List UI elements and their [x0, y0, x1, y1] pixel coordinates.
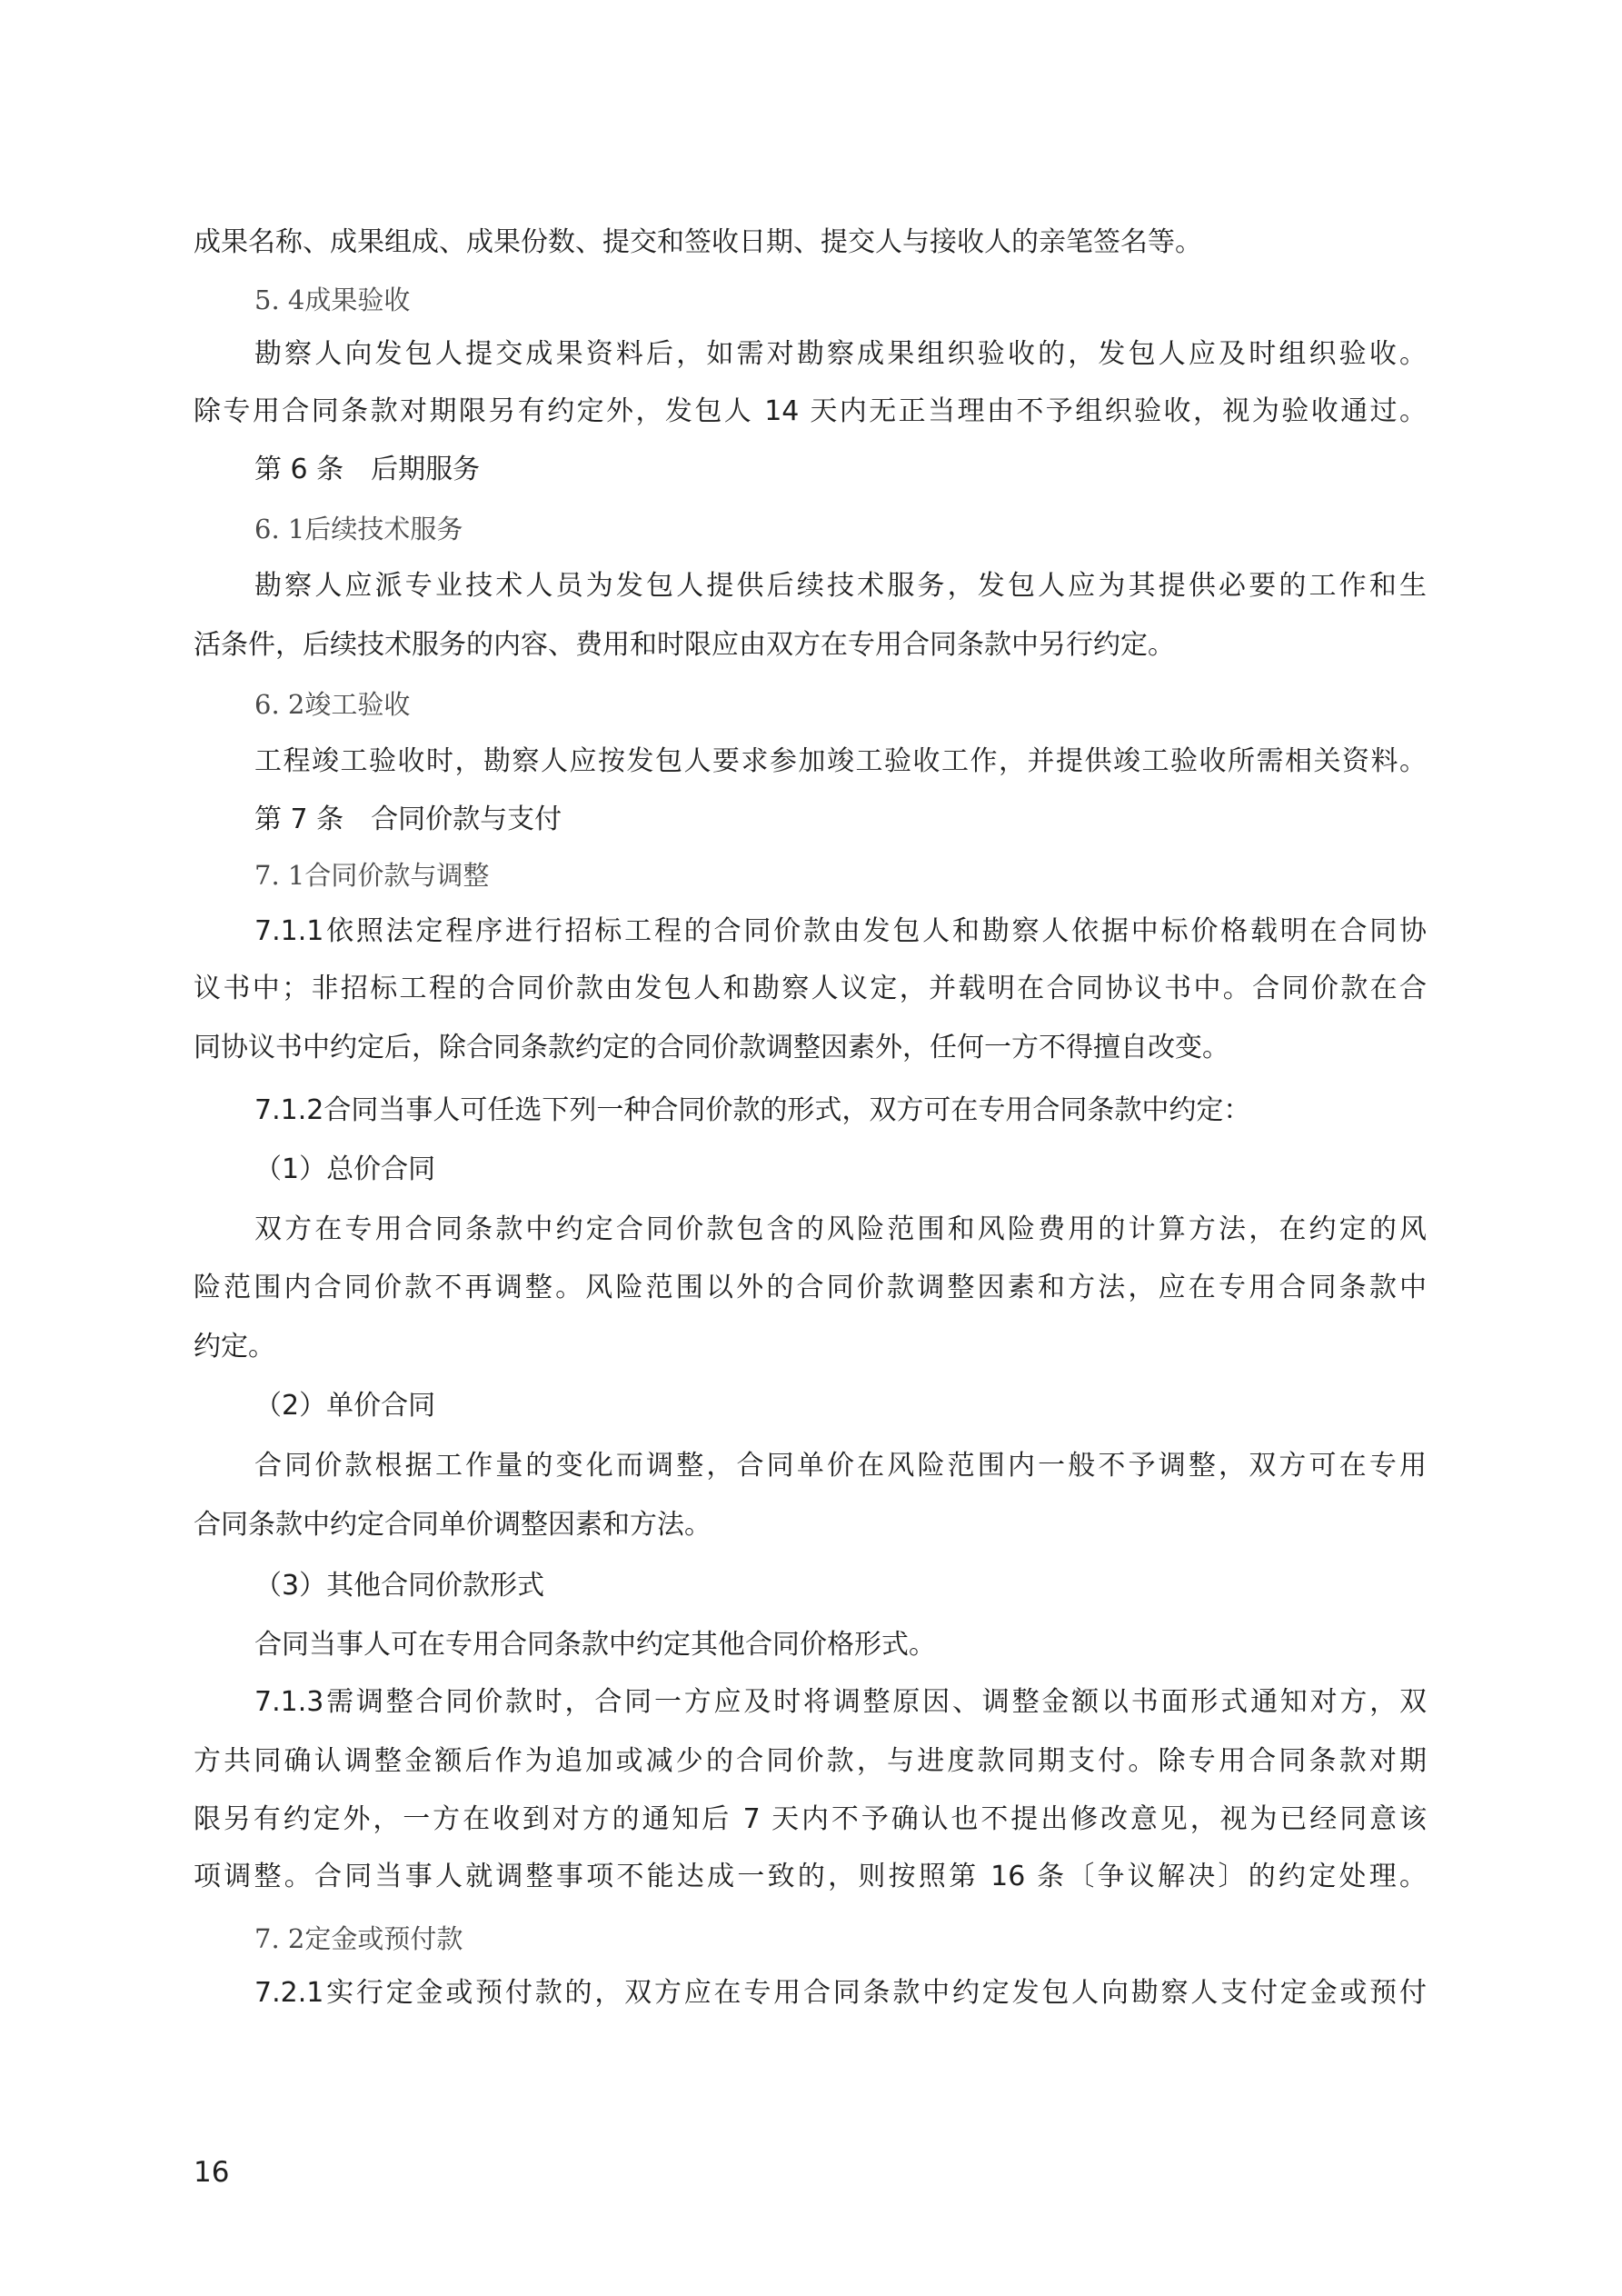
paragraph-line: 合同当事人可在专用合同条款中约定其他合同价格形式。	[254, 1625, 1427, 1665]
paragraph-line: 7.1.1依照法定程序进行招标工程的合同价款由发包人和勘察人依据中标价格载明在合…	[254, 912, 1427, 952]
paragraph-line: 活条件，后续技术服务的内容、费用和时限应由双方在专用合同条款中另行约定。	[194, 625, 1427, 665]
paragraph-line: （2）单价合同	[254, 1386, 1427, 1426]
section-heading: 6. 1后续技术服务	[254, 509, 1427, 549]
paragraph-line: 同协议书中约定后，除合同条款约定的合同价款调整因素外，任何一方不得擅自改变。	[194, 1028, 1427, 1068]
paragraph-line: 7.1.2合同当事人可任选下列一种合同价款的形式，双方可在专用合同条款中约定：	[254, 1091, 1427, 1131]
paragraph-line: 项调整。合同当事人就调整事项不能达成一致的，则按照第 16 条〔争议解决〕的约定…	[194, 1857, 1427, 1897]
paragraph-line: 勘察人向发包人提交成果资料后，如需对勘察成果组织验收的，发包人应及时组织验收。	[254, 334, 1427, 374]
article-heading: 第 7 条 合同价款与支付	[254, 800, 1427, 840]
paragraph-line: 方共同确认调整金额后作为追加或减少的合同价款，与进度款同期支付。除专用合同条款对…	[194, 1742, 1427, 1782]
paragraph-line: 合同条款中约定合同单价调整因素和方法。	[194, 1505, 1427, 1545]
section-heading: 5. 4成果验收	[254, 280, 1427, 320]
paragraph-line: 双方在专用合同条款中约定合同价款包含的风险范围和风险费用的计算方法，在约定的风	[254, 1210, 1427, 1250]
paragraph-line: 成果名称、成果组成、成果份数、提交和签收日期、提交人与接收人的亲笔签名等。	[194, 223, 1427, 263]
article-heading: 第 6 条 后期服务	[254, 450, 1427, 490]
page-number: 16	[194, 2154, 229, 2191]
paragraph-line: 议书中；非招标工程的合同价款由发包人和勘察人议定，并载明在合同协议书中。合同价款…	[194, 969, 1427, 1009]
paragraph-line: （3）其他合同价款形式	[254, 1566, 1427, 1606]
paragraph-line: 合同价款根据工作量的变化而调整，合同单价在风险范围内一般不予调整，双方可在专用	[254, 1446, 1427, 1486]
paragraph-line: （1）总价合同	[254, 1150, 1427, 1190]
paragraph-line: 7.2.1实行定金或预付款的，双方应在专用合同条款中约定发包人向勘察人支付定金或…	[254, 1973, 1427, 2013]
paragraph-line: 约定。	[194, 1327, 1427, 1367]
paragraph-line: 限另有约定外，一方在收到对方的通知后 7 天内不予确认也不提出修改意见，视为已经…	[194, 1800, 1427, 1840]
section-heading: 7. 2定金或预付款	[254, 1919, 1427, 1959]
section-heading: 6. 2竣工验收	[254, 684, 1427, 724]
paragraph-line: 工程竣工验收时，勘察人应按发包人要求参加竣工验收工作，并提供竣工验收所需相关资料…	[254, 742, 1427, 782]
paragraph-line: 勘察人应派专业技术人员为发包人提供后续技术服务，发包人应为其提供必要的工作和生	[254, 566, 1427, 606]
paragraph-line: 7.1.3需调整合同价款时，合同一方应及时将调整原因、调整金额以书面形式通知对方…	[254, 1682, 1427, 1722]
section-heading: 7. 1合同价款与调整	[254, 855, 1427, 895]
paragraph-line: 险范围内合同价款不再调整。风险范围以外的合同价款调整因素和方法，应在专用合同条款…	[194, 1268, 1427, 1308]
document-page: 成果名称、成果组成、成果份数、提交和签收日期、提交人与接收人的亲笔签名等。5. …	[0, 0, 1622, 2296]
paragraph-line: 除专用合同条款对期限另有约定外，发包人 14 天内无正当理由不予组织验收，视为验…	[194, 392, 1427, 432]
